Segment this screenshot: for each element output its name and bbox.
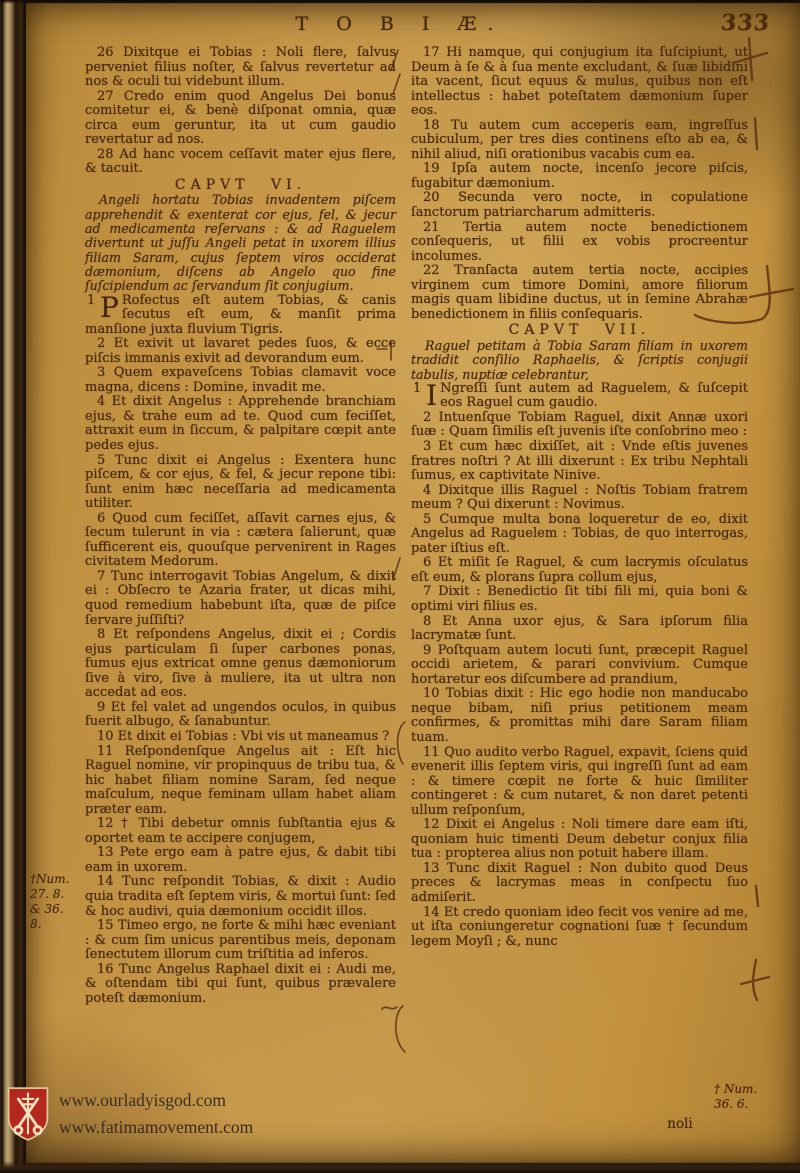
drop-cap: I	[426, 382, 440, 409]
chapter-heading-7: CAPVT VII.	[411, 323, 748, 338]
watermark: www.ourladyisgod.com www.fatimamovement.…	[6, 1086, 253, 1142]
verse-5-28: 28 Ad hanc vocem ceſſavit mater ejus fle…	[85, 148, 396, 177]
verse-6-3: 3 Quem expaveſcens Tobias clamavit voce …	[85, 366, 396, 395]
verse-7-2: 2 Intuenſque Tobiam Raguel, dixit Annæ u…	[411, 411, 748, 440]
verse-text: Ngreſſi ſunt autem ad Raguelem, & ſuſcep…	[440, 381, 748, 411]
verse-6-21: 21 Tertia autem nocte benedictionem conſ…	[411, 221, 748, 265]
verse-6-12: 12 † Tibi debetur omnis ſubſtantia ejus …	[85, 817, 396, 846]
verse-7-10: 10 Tobias dixit : Hic ego hodie non mand…	[411, 687, 748, 745]
verse-6-4: 4 Et dixit Angelus : Apprehende branchia…	[85, 395, 396, 453]
verse-7-6: 6 Et miſit ſe Raguel, & cum lacrymis oſc…	[411, 556, 748, 585]
verse-number: 1	[411, 382, 426, 397]
right-column: 17 Hi namque, qui conjugium ita ſuſcipiu…	[411, 46, 748, 949]
verse-6-6: 6 Quod cum feciſſet, aſſavit carnes ejus…	[85, 512, 396, 570]
photo-top-edge	[0, 0, 800, 4]
margin-note-line: & 36.	[30, 902, 90, 917]
watermark-urls: www.ourladyisgod.com www.fatimamovement.…	[59, 1087, 253, 1141]
verse-6-13: 13 Pete ergo eam à patre ejus, & dabit t…	[85, 846, 396, 875]
margin-note-line: 8.	[30, 917, 90, 932]
verse-5-27: 27 Credo enim quod Angelus Dei bonus com…	[85, 90, 396, 148]
verse-7-11: 11 Quo audito verbo Raguel, expavit, ſci…	[411, 746, 748, 819]
verse-number: 1	[85, 294, 100, 309]
watermark-url: www.ourladyisgod.com	[59, 1087, 253, 1114]
book-photo: T O B I Æ. 333 26 Dixitque ei Tobias : N…	[0, 0, 800, 1173]
verse-6-14: 14 Tunc reſpondit Tobias, & dixit : Audi…	[85, 875, 396, 919]
verse-7-1: 1INgreſſi ſunt autem ad Raguelem, & ſuſc…	[411, 382, 748, 411]
watermark-url: www.fatimamovement.com	[59, 1114, 253, 1141]
verse-6-5: 5 Tunc dixit ei Angelus : Exentera hunc …	[85, 454, 396, 512]
running-title: T O B I Æ.	[296, 13, 505, 35]
margin-note-line: 36. 6.	[714, 1097, 796, 1112]
verse-5-26: 26 Dixitque ei Tobias : Noli flere, ſalv…	[85, 46, 396, 90]
verse-text: Rofectus eſt autem Tobias, & canis ſecut…	[85, 293, 396, 337]
margin-note-num-36: † Num. 36. 6.	[714, 1082, 796, 1112]
verse-7-8: 8 Et Anna uxor ejus, & Sara ipſorum fili…	[411, 615, 748, 644]
verse-6-10: 10 Et dixit ei Tobias : Vbi vis ut manea…	[85, 730, 396, 745]
verse-7-12: 12 Dixit ei Angelus : Noli timere dare e…	[411, 818, 748, 862]
margin-note-line: †Num.	[30, 872, 90, 887]
chapter-7-summary: Raguel petitam à Tobia Saram filiam in u…	[411, 339, 748, 382]
verse-7-13: 13 Tunc dixit Raguel : Non dubito quod D…	[411, 862, 748, 906]
margin-note-line: 27. 8.	[30, 887, 90, 902]
verse-6-17: 17 Hi namque, qui conjugium ita ſuſcipiu…	[411, 46, 748, 119]
margin-note-num-27: †Num. 27. 8. & 36. 8.	[30, 872, 90, 932]
verse-6-19: 19 Ipſa autem nocte, incenſo jecore piſc…	[411, 162, 748, 191]
verse-6-1: 1PRofectus eſt autem Tobias, & canis ſec…	[85, 294, 396, 338]
verse-6-7: 7 Tunc interrogavit Tobias Angelum, & di…	[85, 570, 396, 628]
photo-bottom-edge	[0, 1161, 800, 1173]
left-column: 26 Dixitque ei Tobias : Noli flere, ſalv…	[85, 46, 396, 1006]
catchword: noli	[600, 1116, 760, 1132]
verse-7-5: 5 Cumque multa bona loqueretur de eo, di…	[411, 513, 748, 557]
verse-7-7: 7 Dixit : Benedictio ſit tibi fili mi, q…	[411, 585, 748, 614]
book-binding-edge	[0, 0, 26, 1173]
verse-6-20: 20 Secunda vero nocte, in copulatione ſa…	[411, 191, 748, 220]
verse-6-16: 16 Tunc Angelus Raphael dixit ei : Audi …	[85, 963, 396, 1007]
verse-6-18: 18 Tu autem cum acceperis eam, ingreſſus…	[411, 119, 748, 163]
verse-6-15: 15 Timeo ergo, ne forte & mihi hæc eveni…	[85, 919, 396, 963]
drop-cap: P	[100, 294, 122, 321]
verse-7-3: 3 Et cum hæc dixiſſet, ait : Vnde eſtis …	[411, 440, 748, 484]
margin-note-line: † Num.	[714, 1082, 796, 1097]
verse-6-22: 22 Tranſacta autem tertia nocte, accipie…	[411, 264, 748, 322]
papal-keys-shield-icon	[6, 1086, 50, 1142]
verse-7-14: 14 Et credo quoniam ideo fecit vos venir…	[411, 906, 748, 950]
verse-6-8: 8 Et reſpondens Angelus, dixit ei ; Cord…	[85, 628, 396, 701]
chapter-6-summary: Angeli hortatu Tobias invadentem piſcem …	[85, 193, 396, 293]
verse-7-4: 4 Dixitque illis Raguel : Noſtis Tobiam …	[411, 484, 748, 513]
verse-7-9: 9 Poſtquam autem locuti ſunt, præcepit R…	[411, 644, 748, 688]
page-number: 333	[720, 10, 771, 36]
verse-6-2: 2 Et exivit ut lavaret pedes ſuos, & ecc…	[85, 337, 396, 366]
verse-6-11: 11 Reſpondenſque Angelus ait : Eſt hic R…	[85, 745, 396, 818]
chapter-heading-6: CAPVT VI.	[85, 178, 396, 193]
verse-6-9: 9 Et fel valet ad ungendos oculos, in qu…	[85, 701, 396, 730]
